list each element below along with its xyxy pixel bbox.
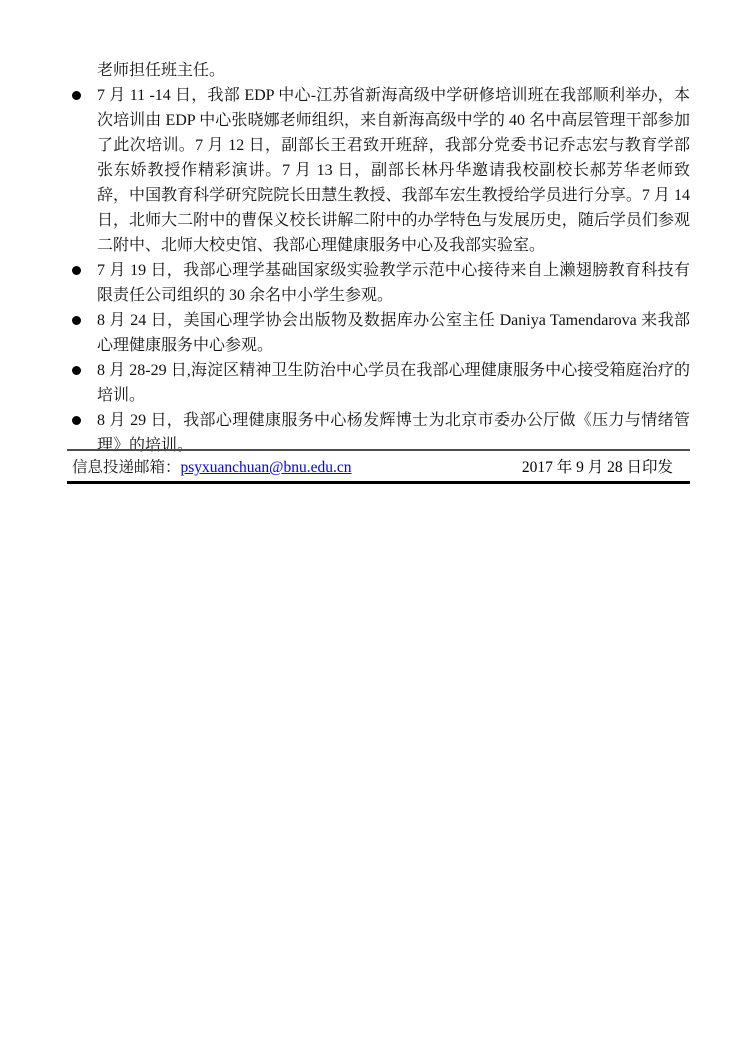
document-body: 老师担任班主任。 7 月 11 -14 日，我部 EDP 中心-江苏省新海高级中… xyxy=(97,58,690,458)
news-item-text: 8 月 28-29 日,海淀区精神卫生防治中心学员在我部心理健康服务中心接受箱庭… xyxy=(97,362,690,404)
footer-email-label: 信息投递邮箱： xyxy=(72,459,181,476)
bullet-icon xyxy=(72,366,81,375)
page-footer: 信息投递邮箱：psyxuanchuan@bnu.edu.cn 2017 年 9 … xyxy=(67,449,690,484)
bullet-icon xyxy=(72,266,81,275)
news-item: 8 月 24 日，美国心理学协会出版物及数据库办公室主任 Daniya Tame… xyxy=(97,308,690,358)
news-item: 7 月 11 -14 日，我部 EDP 中心-江苏省新海高级中学研修培训班在我部… xyxy=(97,83,690,258)
news-item: 7 月 19 日，我部心理学基础国家级实验教学示范中心接待来自上濑翅膀教育科技有… xyxy=(97,258,690,308)
footer-row: 信息投递邮箱：psyxuanchuan@bnu.edu.cn 2017 年 9 … xyxy=(67,451,690,481)
footer-print-date: 2017 年 9 月 28 日印发 xyxy=(522,458,673,478)
paragraph-continuation: 老师担任班主任。 xyxy=(97,58,690,83)
news-item: 8 月 28-29 日,海淀区精神卫生防治中心学员在我部心理健康服务中心接受箱庭… xyxy=(97,358,690,408)
news-item-text: 8 月 24 日，美国心理学协会出版物及数据库办公室主任 Daniya Tame… xyxy=(97,312,690,354)
bullet-icon xyxy=(72,416,81,425)
news-item-text: 7 月 19 日，我部心理学基础国家级实验教学示范中心接待来自上濑翅膀教育科技有… xyxy=(97,262,690,304)
news-list: 7 月 11 -14 日，我部 EDP 中心-江苏省新海高级中学研修培训班在我部… xyxy=(97,83,690,458)
footer-divider-thick xyxy=(67,481,690,484)
news-item-text: 7 月 11 -14 日，我部 EDP 中心-江苏省新海高级中学研修培训班在我部… xyxy=(97,87,690,254)
document-page: 老师担任班主任。 7 月 11 -14 日，我部 EDP 中心-江苏省新海高级中… xyxy=(0,0,750,1060)
footer-contact: 信息投递邮箱：psyxuanchuan@bnu.edu.cn xyxy=(72,458,351,478)
footer-email-link[interactable]: psyxuanchuan@bnu.edu.cn xyxy=(181,459,352,476)
news-item-text: 8 月 29 日，我部心理健康服务中心杨发辉博士为北京市委办公厅做《压力与情绪管… xyxy=(97,412,690,454)
bullet-icon xyxy=(72,316,81,325)
bullet-icon xyxy=(72,91,81,100)
